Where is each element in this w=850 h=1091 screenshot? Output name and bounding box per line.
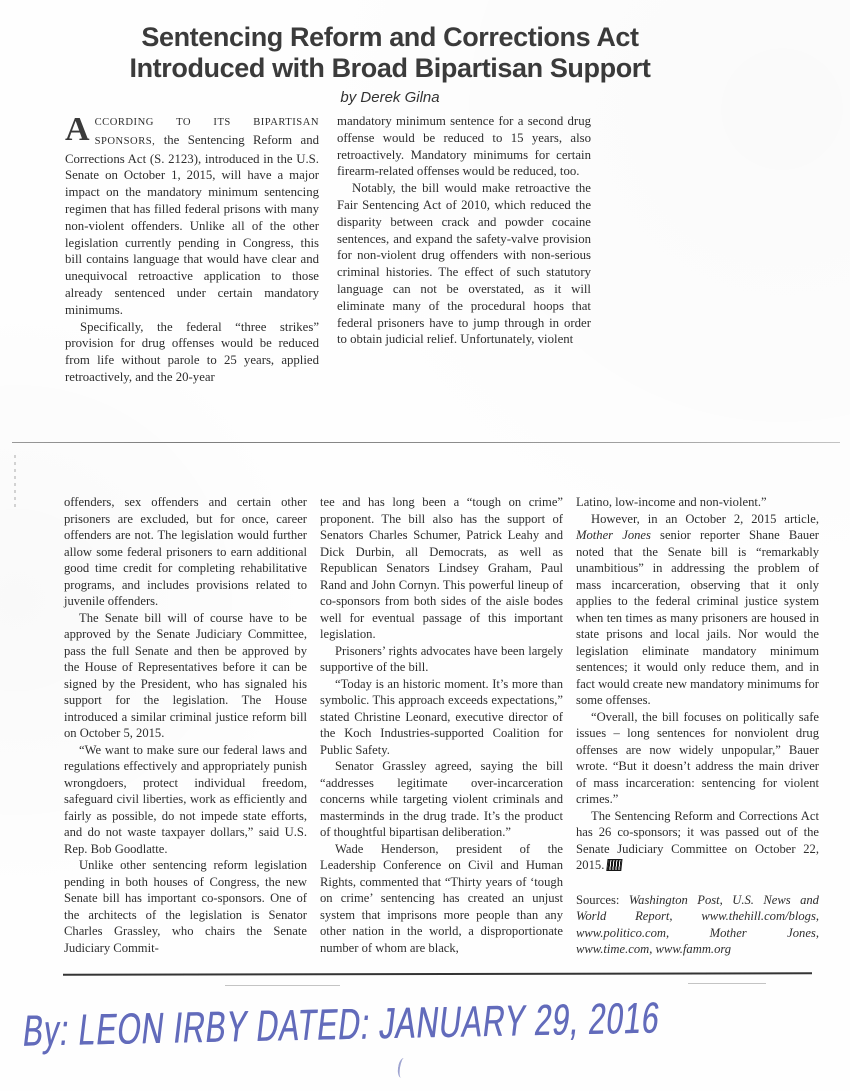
text-segment: Prisoners’ rights advocates have been la…	[320, 644, 563, 675]
article-title: Sentencing Reform and Corrections Act In…	[60, 22, 720, 84]
text-segment: tee and has long been a “tough on crime”…	[320, 495, 563, 641]
text-segment: “Overall, the bill focuses on politicall…	[576, 710, 819, 807]
pen-stray-mark	[397, 1057, 411, 1078]
top-column-1: ACCORDING TO ITS BIPARTISAN SPONSORS, th…	[65, 113, 319, 386]
intro-paragraph: ACCORDING TO ITS BIPARTISAN SPONSORS, th…	[65, 113, 319, 319]
text-segment: senior reporter Shane Bauer noted that t…	[576, 528, 819, 707]
paragraph: “We want to make sure our federal laws a…	[64, 742, 307, 858]
title-line-2: Introduced with Broad Bipartisan Support	[60, 53, 720, 84]
scan-fold-line	[12, 442, 840, 443]
text-segment: “We want to make sure our federal laws a…	[64, 743, 307, 856]
bottom-column-3: Latino, low-income and non-violent.”Howe…	[576, 494, 819, 958]
paragraph-list: Latino, low-income and non-violent.”Howe…	[576, 494, 819, 874]
paragraph: Senator Grassley agreed, saying the bill…	[320, 758, 563, 841]
bottom-text-block: offenders, sex offenders and certain oth…	[64, 494, 821, 958]
paragraph-list: Specifically, the federal “three strikes…	[65, 319, 319, 386]
text-segment: “Today is an historic moment. It’s more …	[320, 677, 563, 757]
bottom-rule	[63, 972, 812, 976]
article-header: Sentencing Reform and Corrections Act In…	[60, 22, 720, 106]
text-segment: However, in an October 2, 2015 article,	[591, 512, 819, 526]
title-line-1: Sentencing Reform and Corrections Act	[60, 22, 720, 53]
paragraph: The Senate bill will of course have to b…	[64, 610, 307, 742]
paragraph: offenders, sex offenders and certain oth…	[64, 494, 307, 610]
text-segment: Wade Henderson, president of the Leaders…	[320, 842, 563, 955]
paragraph: However, in an October 2, 2015 article, …	[576, 511, 819, 709]
text-segment: the Sentencing Reform and Corrections Ac…	[65, 133, 319, 317]
handwritten-annotation: By: LEON IRBY DATED: JANUARY 29, 2016	[20, 991, 826, 1057]
scan-artifact	[14, 455, 16, 507]
text-segment: Latino, low-income and non-violent.”	[576, 495, 767, 509]
paragraph: The Sentencing Reform and Corrections Ac…	[576, 808, 819, 874]
sources-note: Sources: Washington Post, U.S. News and …	[576, 892, 819, 958]
paragraph: “Today is an historic moment. It’s more …	[320, 676, 563, 759]
text-segment: Specifically, the federal “three strikes…	[65, 320, 319, 384]
paragraph: Wade Henderson, president of the Leaders…	[320, 841, 563, 957]
paragraph: Specifically, the federal “three strikes…	[65, 319, 319, 386]
text-segment: Senator Grassley agreed, saying the bill…	[320, 759, 563, 839]
paragraph: Prisoners’ rights advocates have been la…	[320, 643, 563, 676]
scan-artifact-line	[688, 983, 766, 984]
paragraph: Notably, the bill would make retroactive…	[337, 180, 591, 348]
top-column-2: mandatory minimum sentence for a second …	[337, 113, 591, 386]
paragraph: “Overall, the bill focuses on politicall…	[576, 709, 819, 808]
text-segment: The Senate bill will of course have to b…	[64, 611, 307, 741]
sources-label: Sources:	[576, 893, 629, 907]
paragraph: mandatory minimum sentence for a second …	[337, 113, 591, 180]
drop-cap: A	[65, 113, 95, 144]
text-segment: mandatory minimum sentence for a second …	[337, 114, 591, 178]
byline: by Derek Gilna	[60, 89, 720, 106]
bottom-column-2: tee and has long been a “tough on crime”…	[320, 494, 563, 958]
paragraph: tee and has long been a “tough on crime”…	[320, 494, 563, 643]
top-text-block: ACCORDING TO ITS BIPARTISAN SPONSORS, th…	[65, 113, 592, 386]
scanned-document-page: Sentencing Reform and Corrections Act In…	[0, 0, 850, 1091]
text-segment: Mother Jones	[576, 528, 651, 542]
scan-artifact-line	[225, 985, 340, 986]
end-of-article-mark	[608, 860, 622, 870]
text-segment: Unlike other sentencing reform legislati…	[64, 858, 307, 955]
bottom-column-1: offenders, sex offenders and certain oth…	[64, 494, 307, 958]
paragraph: Unlike other sentencing reform legislati…	[64, 857, 307, 956]
text-segment: offenders, sex offenders and certain oth…	[64, 495, 307, 608]
paragraph: Latino, low-income and non-violent.”	[576, 494, 819, 511]
text-segment: Notably, the bill would make retroactive…	[337, 181, 591, 346]
